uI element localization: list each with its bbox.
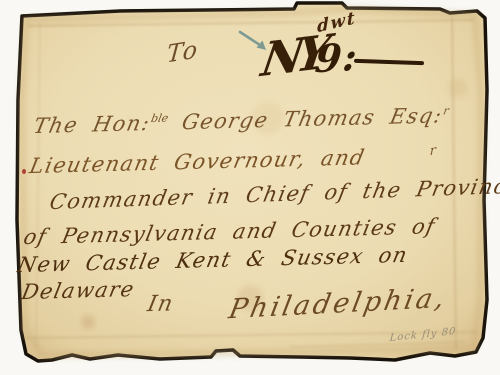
stain: [448, 78, 468, 98]
letter-cover-scan: To dwt NY 9: The Hon:ble George Thomas E…: [0, 0, 500, 375]
stain: [81, 315, 95, 329]
rate-value: 9:: [314, 38, 360, 78]
to-label: To: [166, 37, 200, 67]
red-ink-speck: [22, 169, 26, 174]
address-line-6: Delaware: [20, 279, 137, 303]
address-flourish-r: r: [430, 144, 437, 158]
address-line-1-text: The Hon:: [31, 111, 152, 138]
address-line-7-in: In: [145, 293, 175, 316]
